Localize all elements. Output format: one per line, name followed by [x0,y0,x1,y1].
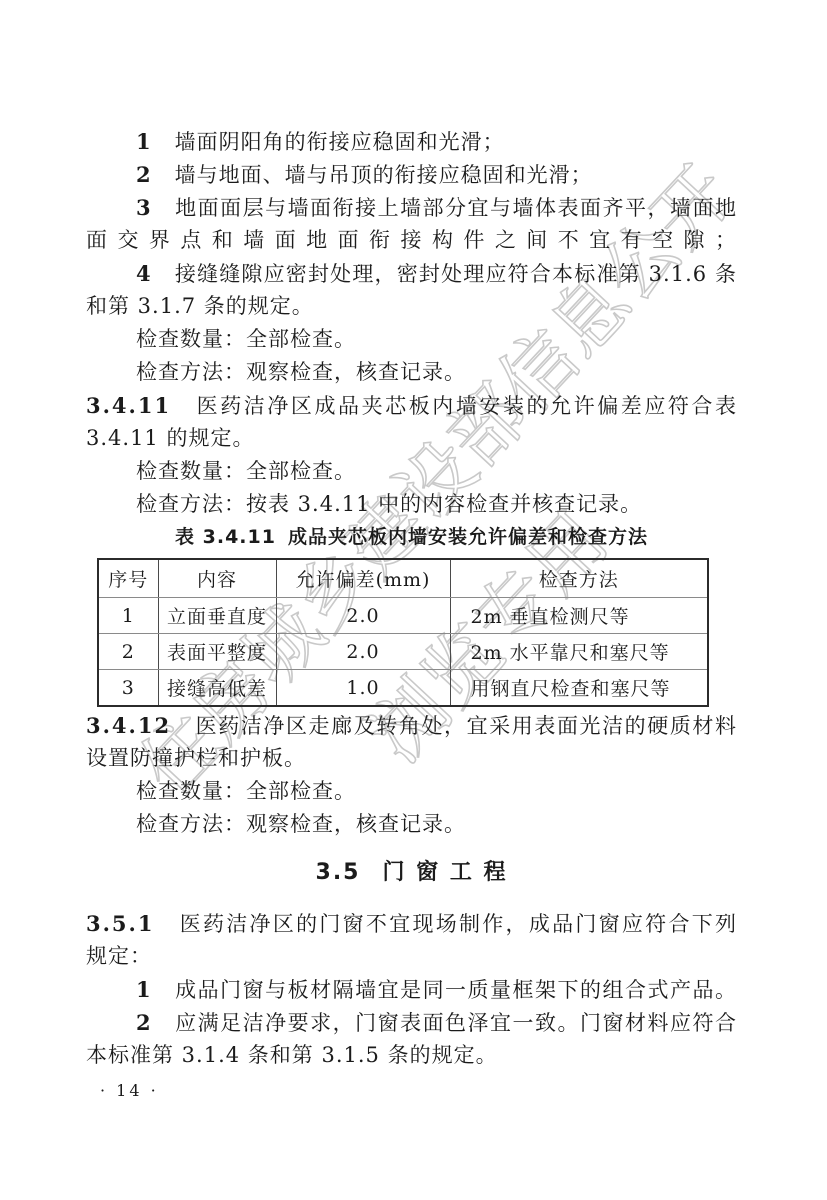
clause-line: 3.4.11医药洁净区成品夹芯板内墙安装的允许偏差应符合表 [86,389,737,422]
cell-content: 接缝高低差 [158,670,276,707]
line-text: 设置防撞护栏和护板。 [86,746,306,770]
text-line: 本标准第 3.1.4 条和第 3.1.5 条的规定。 [86,1039,737,1072]
table-caption-number: 表 3.4.11 [175,526,276,548]
list-item: 2墙与地面、墙与吊顶的衔接应稳固和光滑； [86,158,737,191]
clause-line: 3.5.1医药洁净区的门窗不宜现场制作，成品门窗应符合下列 [86,907,737,940]
line-text: 检查方法：观察检查，核查记录。 [136,360,466,384]
cell-deviation: 2.0 [276,634,450,670]
cell-seq: 3 [98,670,158,707]
item-number: 4 [136,261,152,286]
item-number: 1 [136,977,152,1002]
line-text: 检查方法：按表 3.4.11 中的内容检查并核查记录。 [136,492,642,516]
section-heading: 3.5门 窗 工 程 [86,856,737,889]
text-line: 设置防撞护栏和护板。 [86,742,737,775]
document-page: 住房城乡建设部信息公开 浏览专用 1墙面阴阳角的衔接应稳固和光滑； 2墙与地面、… [0,0,827,1200]
list-item: 1墙面阴阳角的衔接应稳固和光滑； [86,125,737,158]
section-title: 门 窗 工 程 [383,860,508,885]
cell-method: 2m 水平靠尺和塞尺等 [450,634,708,670]
line-text: 规定： [86,944,152,968]
item-number: 2 [136,1010,152,1035]
line-text: 医药洁净区的门窗不宜现场制作，成品门窗应符合下列 [178,912,737,936]
text-line: 和第 3.1.7 条的规定。 [86,290,737,323]
item-number: 2 [136,162,152,187]
line-text: 地面面层与墙面衔接上墙部分宜与墙体表面齐平，墙面地 [175,196,737,220]
text-line: 检查数量：全部检查。 [86,455,737,488]
text-line: 检查数量：全部检查。 [86,775,737,808]
line-text: 应满足洁净要求，门窗表面色泽宜一致。门窗材料应符合 [175,1011,737,1035]
line-text: 检查方法：观察检查，核查记录。 [136,812,466,836]
table-row: 3 接缝高低差 1.0 用钢直尺检查和塞尺等 [98,670,708,707]
text-line: 检查方法：按表 3.4.11 中的内容检查并核查记录。 [86,488,737,521]
column-header: 内容 [158,559,276,598]
line-text: 医药洁净区成品夹芯板内墙安装的允许偏差应符合表 [195,394,737,418]
section-number: 3.5 [316,860,361,885]
cell-seq: 1 [98,598,158,634]
clause-number: 3.4.11 [86,393,171,418]
text-line: 面交界点和墙面地面衔接构件之间不宜有空隙； [86,224,737,257]
list-item: 2应满足洁净要求，门窗表面色泽宜一致。门窗材料应符合 [86,1006,737,1039]
item-number: 3 [136,195,152,220]
line-text: 3.4.11 的规定。 [86,426,254,450]
text-line: 3.4.11 的规定。 [86,422,737,455]
column-header: 允许偏差(mm) [276,559,450,598]
line-text: 接缝缝隙应密封处理，密封处理应符合本标准第 3.1.6 条 [175,262,737,286]
clause-number: 3.4.12 [86,713,171,738]
line-text: 墙与地面、墙与吊顶的衔接应稳固和光滑； [175,163,593,187]
line-text: 本标准第 3.1.4 条和第 3.1.5 条的规定。 [86,1043,498,1067]
table-header-row: 序号 内容 允许偏差(mm) 检查方法 [98,559,708,598]
table-row: 1 立面垂直度 2.0 2m 垂直检测尺等 [98,598,708,634]
cell-seq: 2 [98,634,158,670]
line-text: 检查数量：全部检查。 [136,327,356,351]
cell-content: 表面平整度 [158,634,276,670]
table-caption-title: 成品夹芯板内墙安装允许偏差和检查方法 [288,526,648,548]
list-item: 3地面面层与墙面衔接上墙部分宜与墙体表面齐平，墙面地 [86,191,737,224]
line-text: 医药洁净区走廊及转角处，宜采用表面光洁的硬质材料 [195,714,737,738]
line-text: 和第 3.1.7 条的规定。 [86,294,314,318]
page-number: · 14 · [86,1078,737,1104]
list-item: 4接缝缝隙应密封处理，密封处理应符合本标准第 3.1.6 条 [86,257,737,290]
cell-deviation: 1.0 [276,670,450,707]
table-row: 2 表面平整度 2.0 2m 水平靠尺和塞尺等 [98,634,708,670]
text-line: 检查数量：全部检查。 [86,323,737,356]
table-caption: 表 3.4.11成品夹芯板内墙安装允许偏差和检查方法 [86,521,737,554]
cell-deviation: 2.0 [276,598,450,634]
line-text: 墙面阴阳角的衔接应稳固和光滑； [175,130,505,154]
line-text: 检查数量：全部检查。 [136,459,356,483]
cell-content: 立面垂直度 [158,598,276,634]
text-line: 检查方法：观察检查，核查记录。 [86,356,737,389]
clause-line: 3.4.12医药洁净区走廊及转角处，宜采用表面光洁的硬质材料 [86,709,737,742]
clause-number: 3.5.1 [86,911,154,936]
item-number: 1 [136,129,152,154]
line-text: 成品门窗与板材隔墙宜是同一质量框架下的组合式产品。 [175,978,737,1002]
cell-method: 2m 垂直检测尺等 [450,598,708,634]
column-header: 检查方法 [450,559,708,598]
list-item: 1成品门窗与板材隔墙宜是同一质量框架下的组合式产品。 [86,973,737,1006]
text-line: 检查方法：观察检查，核查记录。 [86,808,737,841]
page-content: 1墙面阴阳角的衔接应稳固和光滑； 2墙与地面、墙与吊顶的衔接应稳固和光滑； 3地… [86,125,737,1104]
line-text: 检查数量：全部检查。 [136,779,356,803]
column-header: 序号 [98,559,158,598]
deviation-table: 序号 内容 允许偏差(mm) 检查方法 1 立面垂直度 2.0 2m 垂直检测尺… [97,558,709,707]
text-line: 规定： [86,940,737,973]
cell-method: 用钢直尺检查和塞尺等 [450,670,708,707]
line-text: 面交界点和墙面地面衔接构件之间不宜有空隙； [86,228,737,252]
